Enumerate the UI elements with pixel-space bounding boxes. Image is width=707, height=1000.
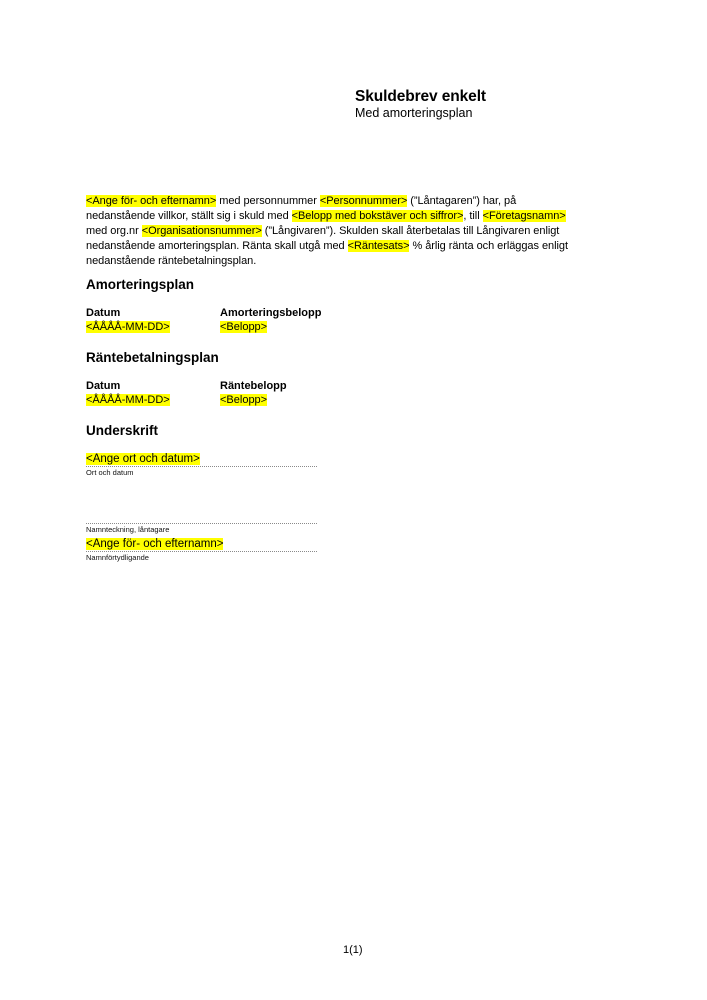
interest-heading: Räntebetalningsplan [86, 350, 219, 366]
place-date-caption: Ort och datum [86, 468, 134, 477]
amortization-heading: Amorteringsplan [86, 277, 194, 293]
place-date-placeholder[interactable]: <Ange ort och datum> [86, 453, 200, 465]
document-title: Skuldebrev enkelt [355, 87, 486, 106]
intro-text: (”Långivaren”). Skulden skall återbetala… [262, 225, 560, 237]
interest-date-placeholder[interactable]: <ÅÅÅÅ-MM-DD> [86, 394, 170, 406]
signature-line[interactable] [86, 523, 317, 524]
intro-line: med org.nr <Organisationsnummer> (”Långi… [86, 224, 626, 239]
intro-text: % årlig ränta och erläggas enligt [409, 240, 568, 252]
page-number: 1(1) [343, 944, 363, 956]
intro-text: med personnummer [216, 195, 320, 207]
interest-amount-label: Räntebelopp [220, 380, 287, 393]
intro-line: nedanstående villkor, ställt sig i skuld… [86, 209, 626, 224]
intro-paragraph: <Ange för- och efternamn> med personnumm… [86, 194, 626, 269]
amortization-amount-label: Amorteringsbelopp [220, 307, 321, 320]
amortization-date-label: Datum [86, 307, 120, 320]
place-date-line [86, 466, 317, 467]
name-clarification-placeholder[interactable]: <Ange för- och efternamn> [86, 538, 223, 550]
name-clarification-caption: Namnförtydligande [86, 553, 149, 562]
document-subtitle: Med amorteringsplan [355, 106, 486, 121]
intro-text: nedanstående amorteringsplan. Ränta skal… [86, 240, 348, 252]
amortization-amount-placeholder[interactable]: <Belopp> [220, 321, 267, 333]
placeholder-field[interactable]: <Ange för- och efternamn> [86, 195, 216, 207]
intro-text: , till [463, 210, 482, 222]
title-block: Skuldebrev enkelt Med amorteringsplan [355, 87, 486, 121]
intro-text: med org.nr [86, 225, 142, 237]
signature-caption: Namnteckning, låntagare [86, 525, 169, 534]
amortization-date-placeholder[interactable]: <ÅÅÅÅ-MM-DD> [86, 321, 170, 333]
name-clarification-line [86, 551, 317, 552]
intro-line: nedanstående amorteringsplan. Ränta skal… [86, 239, 626, 254]
signature-heading: Underskrift [86, 423, 158, 439]
intro-line: nedanstående räntebetalningsplan. [86, 254, 626, 269]
interest-amount-placeholder[interactable]: <Belopp> [220, 394, 267, 406]
placeholder-field[interactable]: <Räntesats> [348, 240, 410, 252]
interest-date-label: Datum [86, 380, 120, 393]
placeholder-field[interactable]: <Företagsnamn> [483, 210, 566, 222]
intro-text: nedanstående räntebetalningsplan. [86, 255, 256, 267]
intro-line: <Ange för- och efternamn> med personnumm… [86, 194, 626, 209]
placeholder-field[interactable]: <Belopp med bokstäver och siffror> [292, 210, 464, 222]
intro-text: nedanstående villkor, ställt sig i skuld… [86, 210, 292, 222]
placeholder-field[interactable]: <Organisationsnummer> [142, 225, 262, 237]
intro-text: (”Låntagaren”) har, på [407, 195, 516, 207]
placeholder-field[interactable]: <Personnummer> [320, 195, 407, 207]
